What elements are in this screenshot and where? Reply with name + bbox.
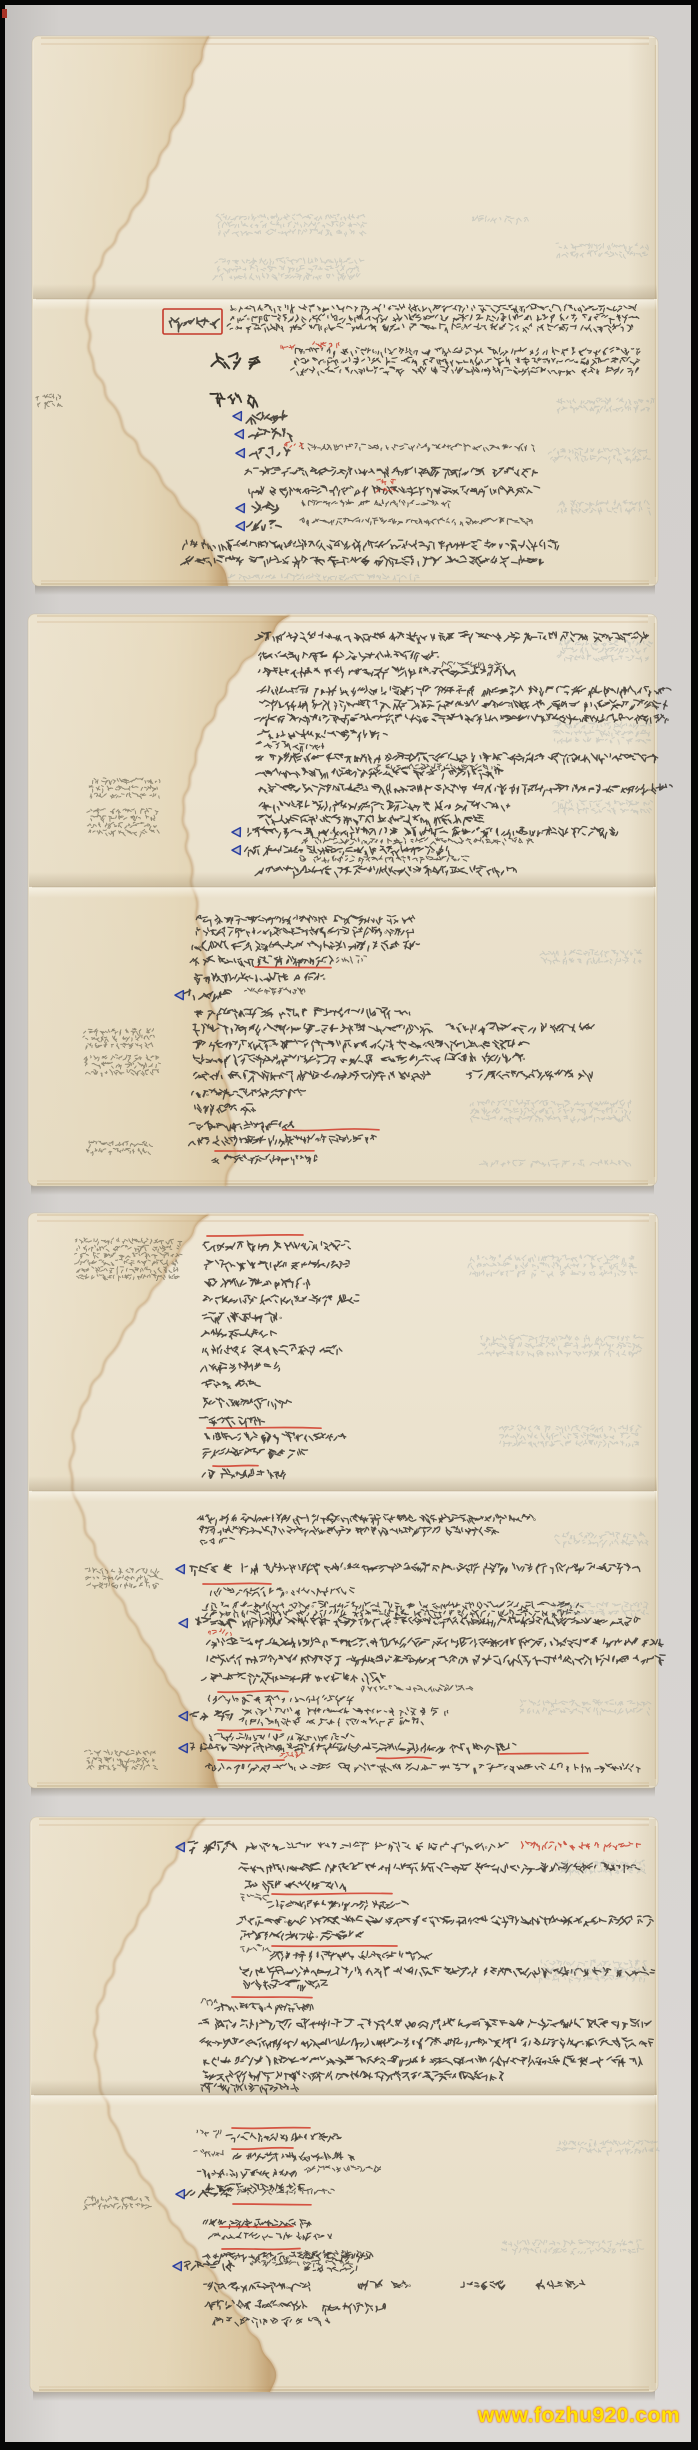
red-underline [233,2204,311,2205]
red-underline [255,967,331,968]
fold-shadow [33,284,657,299]
fold-shadow [29,1476,657,1491]
red-underline [213,1465,258,1466]
red-underline [232,2128,310,2129]
sheet-2 [28,614,672,1195]
red-underline [218,1760,284,1761]
watermark: www.fozhu920.com [478,2404,680,2428]
fold-shadow [31,2080,657,2095]
red-underline [220,2226,293,2227]
red-underline [222,2249,300,2250]
sheet-1 [32,36,658,595]
photo-frame: www.fozhu920.com [0,0,698,2450]
red-underline [232,1997,312,1998]
red-underline [207,1427,321,1428]
red-underline [272,1946,397,1947]
manuscript-photo [0,0,698,2450]
red-corner-mark [2,9,7,18]
red-underline [203,1583,271,1584]
red-underline [500,1753,588,1754]
sheet-4 [30,1817,659,2401]
fold-shadow [29,872,656,887]
sheet-3 [28,1213,665,1797]
